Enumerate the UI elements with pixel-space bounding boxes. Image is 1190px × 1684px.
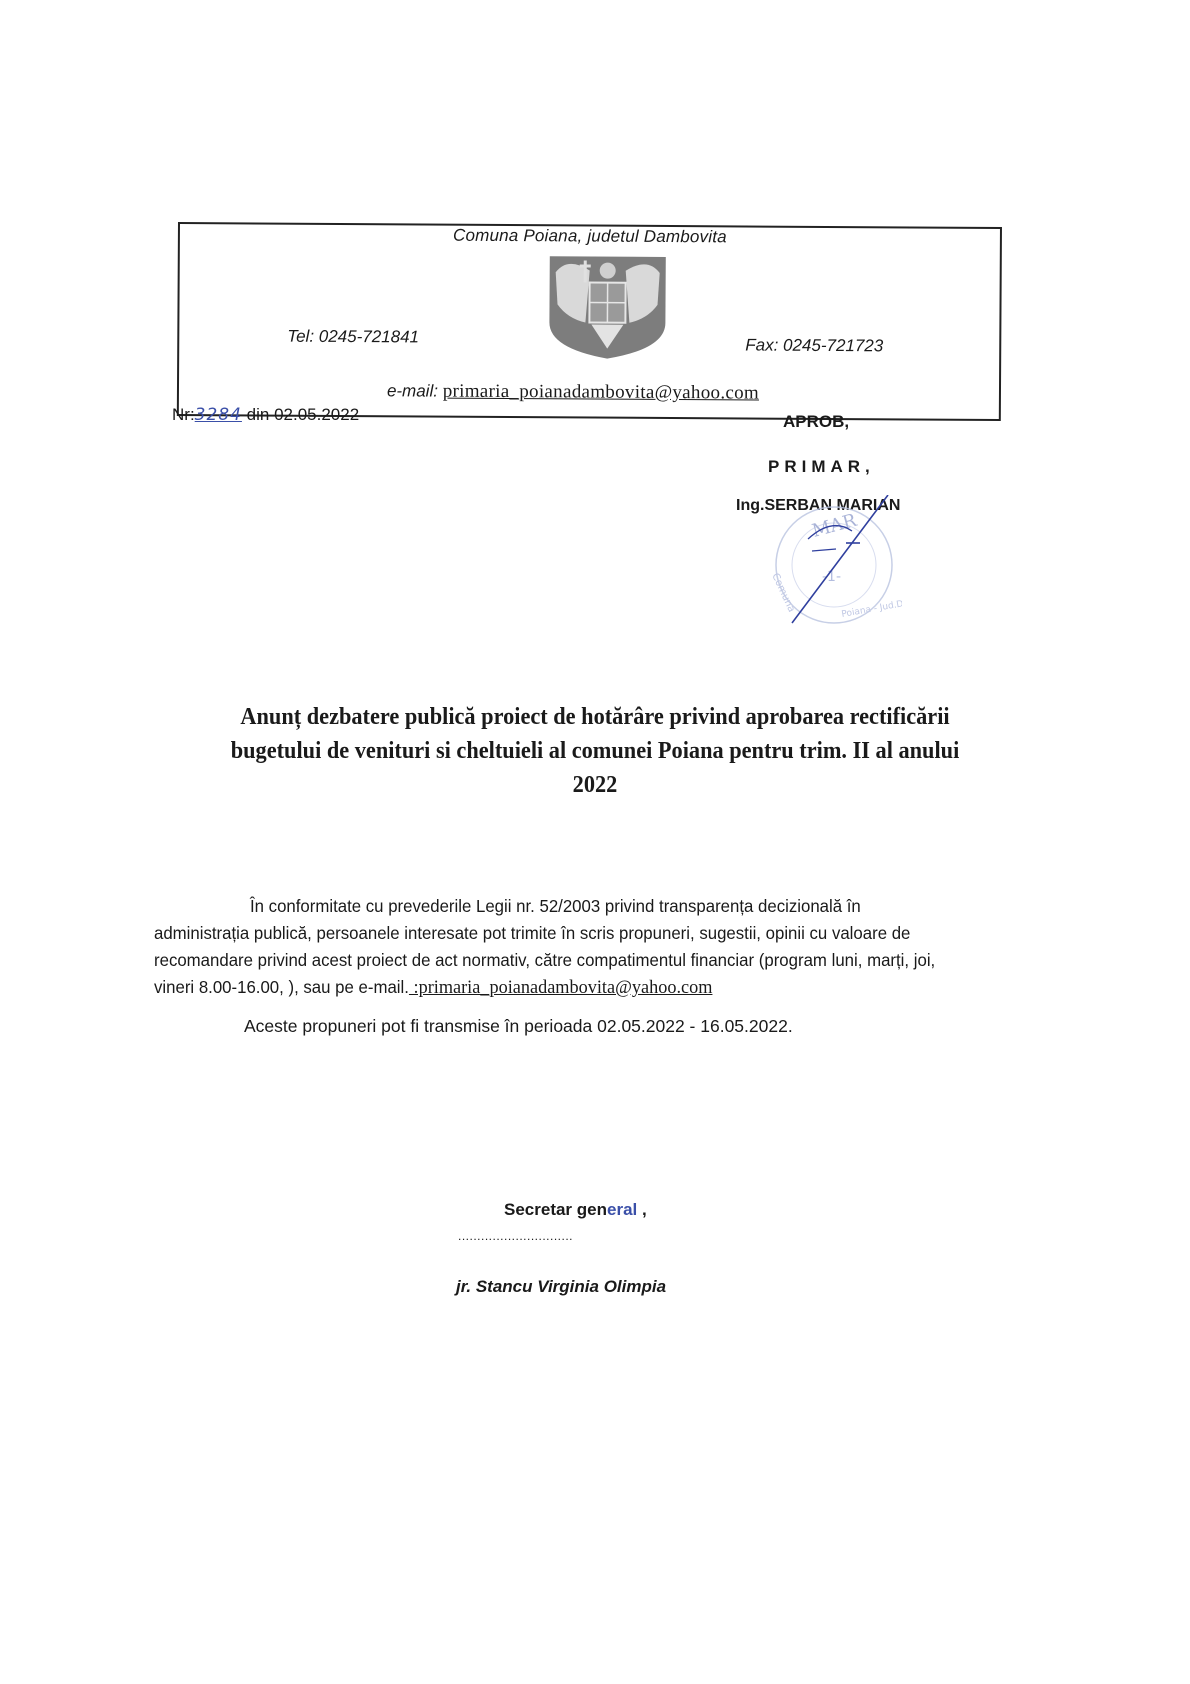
handwritten-number: 3284	[195, 405, 242, 425]
svg-text:Poiana - Jud.Dâm: Poiana - Jud.Dâm	[841, 597, 902, 620]
secretary-title-correction: eral	[607, 1200, 637, 1219]
email-label: e-mail:	[387, 381, 438, 400]
title-line-2: bugetului de venituri si cheltuieli al c…	[181, 734, 1009, 768]
document-title: Anunț dezbatere publică proiect de hotăr…	[181, 700, 1009, 802]
letterhead-box: Comuna Poiana, judetul Dambovita Tel: 02…	[177, 222, 1002, 421]
secretary-title-part: Secretar gen	[504, 1200, 607, 1219]
registration-number: Nr:3284 din 02.05.2022	[172, 405, 359, 425]
signature-line: ..............................	[458, 1229, 573, 1243]
secretary-title: Secretar general ,	[504, 1200, 647, 1220]
registration-prefix: Nr:	[172, 405, 195, 424]
romania-coat-of-arms-icon	[545, 252, 670, 361]
body-email-link[interactable]: :primaria_poianadambovita@yahoo.com	[409, 977, 712, 998]
telephone: Tel: 0245-721841	[287, 327, 419, 348]
svg-text:Comuna: Comuna	[769, 572, 797, 614]
fax: Fax: 0245-721723	[745, 335, 883, 356]
email-line: e-mail: primaria_poianadambovita@yahoo.c…	[387, 380, 759, 404]
approval-label: APROB,	[783, 412, 849, 432]
title-line-3: 2022	[181, 768, 1009, 802]
registration-date: din 02.05.2022	[247, 405, 360, 424]
submission-period: Aceste propuneri pot fi transmise în per…	[244, 1016, 793, 1037]
mayor-name: Ing.SERBAN MARIAN	[736, 497, 900, 515]
secretary-title-comma: ,	[637, 1200, 646, 1219]
secretary-name: jr. Stancu Virginia Olimpia	[456, 1277, 666, 1297]
email-link[interactable]: primaria_poianadambovita@yahoo.com	[443, 381, 759, 404]
svg-text:-1-: -1-	[822, 569, 841, 585]
mayor-title: PRIMAR,	[768, 457, 875, 477]
commune-name: Comuna Poiana, judetul Dambovita	[180, 224, 1000, 249]
title-line-1: Anunț dezbatere publică proiect de hotăr…	[181, 700, 1009, 734]
body-paragraph: În conformitate cu prevederile Legii nr.…	[154, 893, 960, 1001]
